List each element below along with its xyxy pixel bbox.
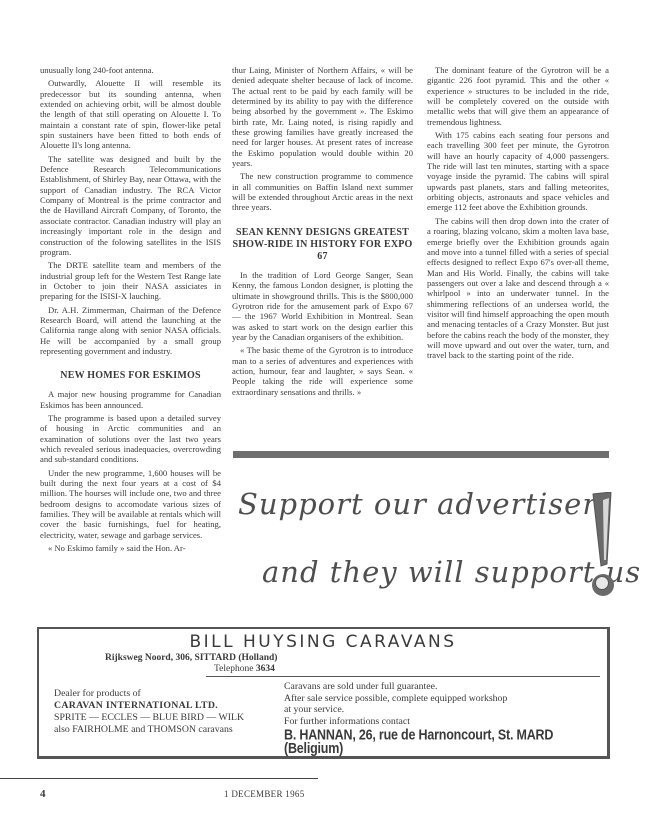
page-number: 4 [40,788,46,800]
exclamation-icon [587,492,617,598]
ad-address: Rijksweg Noord, 306, SITTARD (Holland) [105,653,277,663]
paragraph: The programme is based upon a detailed s… [40,413,221,465]
decorative-band [233,451,609,458]
slogan-line-1: Support our advertisers [238,487,613,521]
paragraph: The cabins will then drop down into the … [427,216,609,361]
paragraph: The dominant feature of the Gyrotron wil… [427,65,609,127]
paragraph: thur Laing, Minister of Northern Affairs… [232,65,413,168]
article-column-1: unusually long 240-foot antenna. Outward… [40,65,221,556]
paragraph: The satellite was designed and built by … [40,154,221,257]
ad-left-line: Dealer for products of [54,688,244,700]
paragraph: Outwardly, Alouette II will resemble its… [40,78,221,150]
paragraph: In the tradition of Lord George Sanger, … [232,270,413,342]
paragraph: The new construction programme to commen… [232,171,413,212]
ad-contact: B. HANNAN, 26, rue de Harnoncourt, St. M… [284,729,607,755]
paragraph: « No Eskimo family » said the Hon. Ar- [40,543,221,553]
ad-phone-number: 3634 [256,664,275,674]
ad-divider [206,676,600,677]
paragraph: unusually long 240-foot antenna. [40,65,221,75]
ad-phone: Telephone 3634 [214,664,275,674]
advertisement-box: BILL HUYSING CARAVANS Rijksweg Noord, 30… [37,627,610,759]
ad-title: BILL HUYSING CARAVANS [39,632,607,652]
article-column-2: thur Laing, Minister of Northern Affairs… [232,65,413,400]
ad-right-line: at your service. [284,704,607,716]
ad-right-line: After sale service possible, complete eq… [284,693,607,705]
ad-right-line: For further informations contact [284,716,607,728]
paragraph: Dr. A.H. Zimmerman, Chairman of the Defe… [40,305,221,357]
ad-left-block: Dealer for products of CARAVAN INTERNATI… [54,688,244,736]
issue-date: 1 DECEMBER 1965 [224,789,305,799]
footer-divider [0,778,318,779]
slogan-line-2: and they will support us [262,555,641,589]
headline-eskimos: NEW HOMES FOR ESKIMOS [40,370,221,382]
paragraph: The DRTE satellite team and members of t… [40,260,221,301]
paragraph: A major new housing programme for Canadi… [40,389,221,410]
ad-company-name: CARAVAN INTERNATIONAL LTD. [54,700,244,712]
ad-left-line: also FAIRHOLME and THOMSON caravans [54,724,244,736]
ad-right-block: Caravans are sold under full guarantee. … [284,681,607,752]
ad-phone-label: Telephone [214,664,253,674]
ad-left-line: SPRITE — ECCLES — BLUE BIRD — WILK [54,712,244,724]
headline-sean-kenny: SEAN KENNY DESIGNS GREATEST SHOW-RIDE IN… [232,227,413,263]
paragraph: Under the new programme, 1,600 houses wi… [40,468,221,540]
paragraph: « The basic theme of the Gyrotron is to … [232,345,413,397]
ad-right-line: Caravans are sold under full guarantee. [284,681,607,693]
paragraph: With 175 cabins each seating four person… [427,130,609,213]
article-column-3: The dominant feature of the Gyrotron wil… [427,65,609,364]
